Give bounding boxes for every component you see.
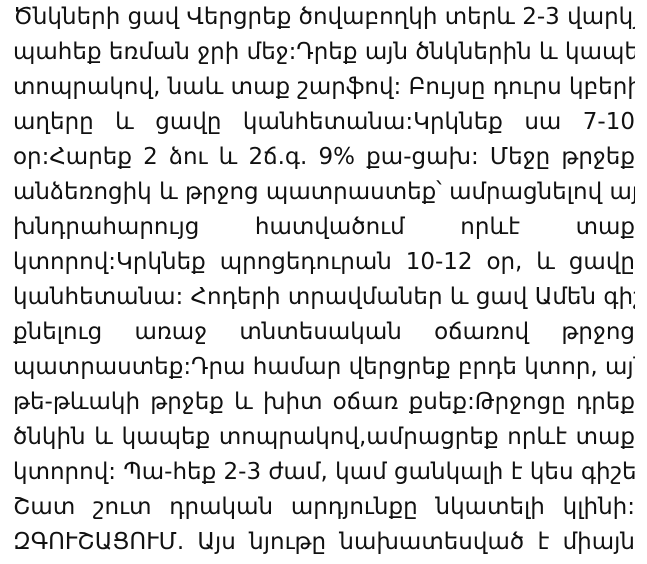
text-line: կանհետանա: Հոդերի տրավմաներ և ցավ Ամեն գ… bbox=[13, 280, 635, 315]
text-line: թե-թևակի թրջեք և խիտ օճառ քսեք:Թրջոցը դր… bbox=[13, 385, 635, 420]
text-line: քնելուց առաջ տնտեսական օճառով թրջոց bbox=[13, 315, 635, 350]
article-body: Ծնկների ցավ Վերցրեք ծովաբողկի տերև 2-3 վ… bbox=[13, 0, 635, 560]
text-line: պահեք եռման ջրի մեջ:Դրեք այն ծնկներին և … bbox=[13, 35, 635, 70]
text-line: խնդրահարույց հատվածում որևէ տաք bbox=[13, 210, 635, 245]
text-line: կտորով:Կրկնեք պրոցեդուրան 10-12 օր, և ցա… bbox=[13, 245, 635, 280]
text-line: աղերը և ցավը կանհետանա:Կրկնեք սա 7-10 bbox=[13, 105, 635, 140]
text-line: անձեռոցիկ և թրջոց պատրաստեք՝ ամրացնելով … bbox=[13, 175, 635, 210]
text-line: կտորով: Պա-հեք 2-3 ժամ, կամ ցանկալի է կե… bbox=[13, 455, 635, 490]
text-line: Շատ շուտ դրական արդյունքը նկատելի կլինի: bbox=[13, 490, 635, 525]
text-line: պատրաստեք:Դրա համար վերցրեք բրդե կտոր, ա… bbox=[13, 350, 635, 385]
text-line: ծնկին և կապեք տոպրակով,ամրացրեք որևէ տաք bbox=[13, 420, 635, 455]
text-line: Ծնկների ցավ Վերցրեք ծովաբողկի տերև 2-3 վ… bbox=[13, 0, 635, 35]
text-line: տոպրակով, նաև տաք շարֆով: Բույսը դուրս կ… bbox=[13, 70, 635, 105]
text-line: ԶԳՈՒՇԱՑՈՒՄ. Այս նյութը նախատեսված է միայ… bbox=[13, 525, 635, 560]
text-line: օր:Հարեք 2 ձու և 2ճ.գ. 9% քա-ցախ: Մեջը թ… bbox=[13, 140, 635, 175]
